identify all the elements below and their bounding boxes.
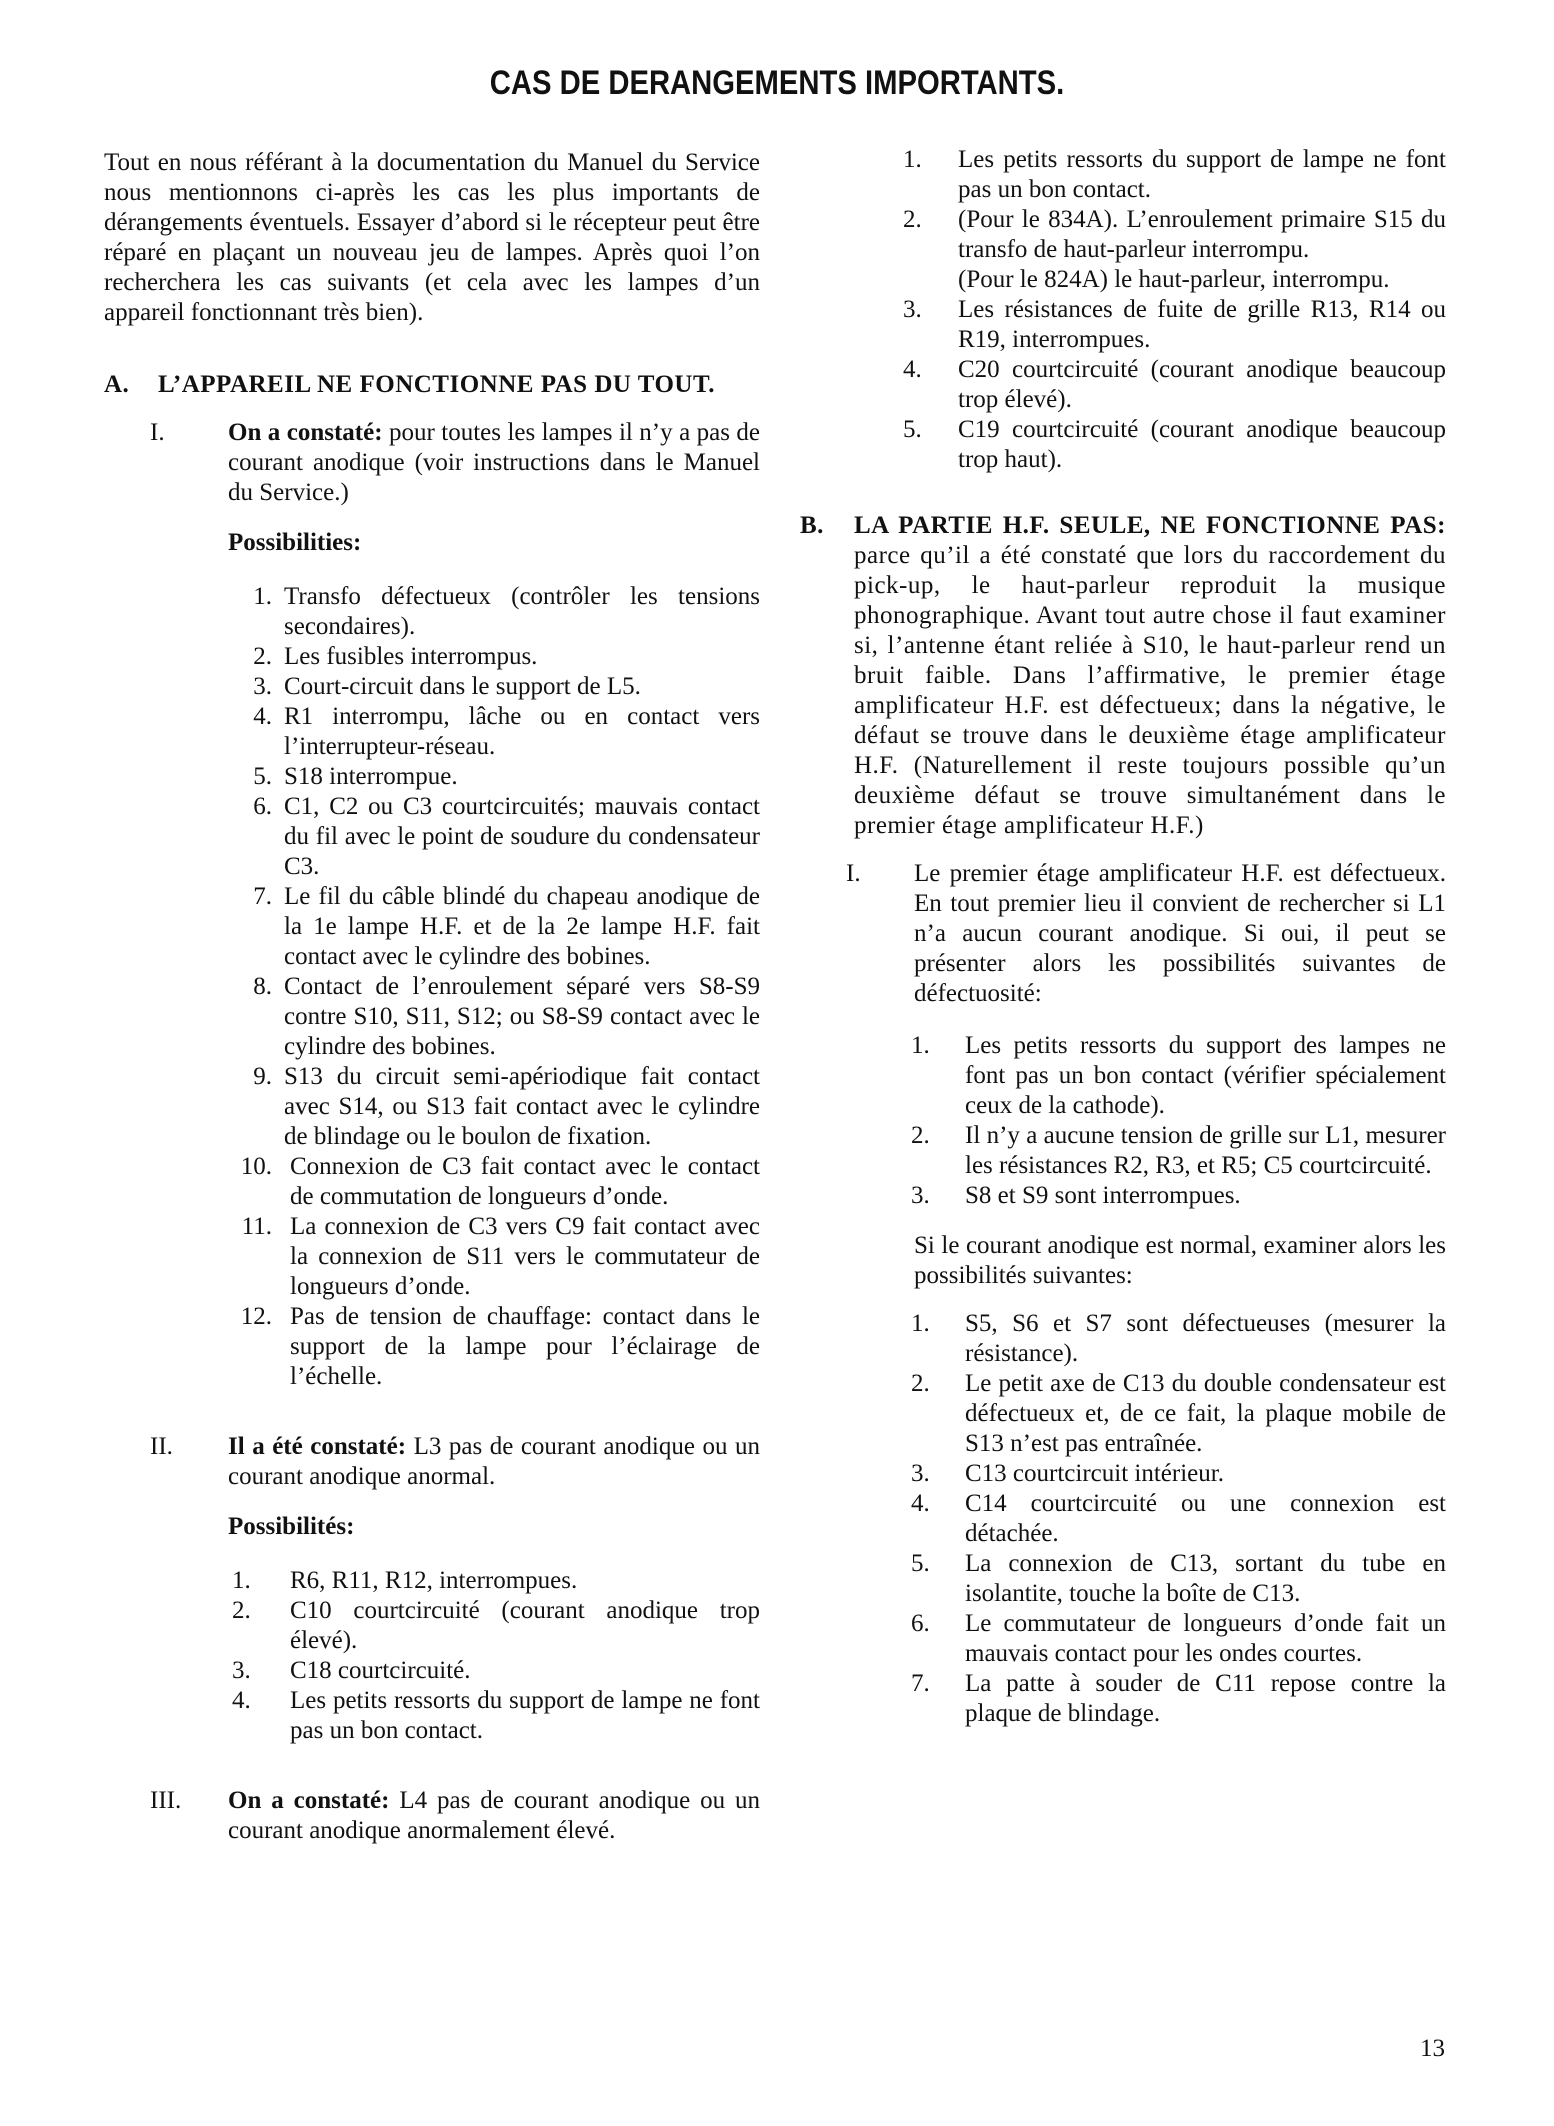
case-lead: Il a été constaté:	[228, 1433, 406, 1460]
case-a-3: III. On a constaté: L4 pas de courant an…	[104, 1786, 760, 1846]
list-item: 3.Les résistances de fuite de grille R13…	[800, 295, 1446, 355]
list-item: 1.S5, S6 et S7 sont défectueuses (mesure…	[800, 1309, 1446, 1369]
section-b-text: parce qu’il a été constaté que lors du r…	[854, 542, 1446, 839]
right-column: 1.Les petits ressorts du support de lamp…	[800, 145, 1446, 1729]
list-item: 2.Le petit axe de C13 du double condensa…	[800, 1369, 1446, 1459]
case-numeral: I.	[150, 418, 165, 448]
list-item: 2.Les fusibles interrompus.	[104, 642, 760, 672]
case-a-2-list: 1.R6, R11, R12, interrompues. 2.C10 cour…	[104, 1566, 760, 1746]
list-item: 2.Il n’y a aucune tension de grille sur …	[800, 1121, 1446, 1181]
case-numeral: III.	[150, 1786, 181, 1816]
intro-paragraph: Tout en nous référant à la documentation…	[104, 148, 760, 328]
normal-current-intro: Si le courant anodique est normal, exami…	[800, 1231, 1446, 1291]
case-b-1-normal-list: 1.S5, S6 et S7 sont défectueuses (mesure…	[800, 1309, 1446, 1729]
list-item: 5.C19 courtcircuité (courant anodique be…	[800, 415, 1446, 475]
case-lead: On a constaté:	[228, 1787, 389, 1814]
case-b-1-list: 1.Les petits ressorts du support des lam…	[800, 1031, 1446, 1211]
list-item: 9.S13 du circuit semi-apériodique fait c…	[104, 1062, 760, 1152]
list-item: 4.Les petits ressorts du support de lamp…	[104, 1686, 760, 1746]
list-item: 3.S8 et S9 sont interrompues.	[800, 1181, 1446, 1211]
list-item: 4.R1 interrompu, lâche ou en contact ver…	[104, 702, 760, 762]
case-a-1: I. On a constaté: pour toutes les lampes…	[104, 418, 760, 508]
case-text: Le premier étage amplificateur H.F. est …	[914, 859, 1446, 1009]
list-item: 11.La connexion de C3 vers C9 fait conta…	[104, 1212, 760, 1302]
list-item: 12.Pas de tension de chauffage: contact …	[104, 1302, 760, 1392]
left-column: Tout en nous référant à la documentation…	[104, 148, 760, 1846]
list-item: 4.C14 courtcircuité ou une connexion est…	[800, 1489, 1446, 1549]
case-a-2: II. Il a été constaté: L3 pas de courant…	[104, 1432, 760, 1492]
page-number: 13	[1420, 2035, 1445, 2063]
case-numeral: II.	[150, 1432, 173, 1462]
page-title: CAS DE DERANGEMENTS IMPORTANTS.	[109, 64, 1445, 103]
list-item: 4.C20 courtcircuité (courant anodique be…	[800, 355, 1446, 415]
list-item: 2.C10 courtcircuité (courant anodique tr…	[104, 1596, 760, 1656]
list-item: 3.C13 courtcircuit intérieur.	[800, 1459, 1446, 1489]
list-item: 6.Le commutateur de longueurs d’onde fai…	[800, 1609, 1446, 1669]
section-b-heading: B. LA PARTIE H.F. SEULE, NE FONCTIONNE P…	[800, 511, 1446, 841]
list-item: 6.C1, C2 ou C3 courtcircuités; mauvais c…	[104, 792, 760, 882]
section-heading-text: LA PARTIE H.F. SEULE, NE FONCTIONNE PAS:	[854, 512, 1446, 539]
list-item: 1.R6, R11, R12, interrompues.	[104, 1566, 760, 1596]
list-item: 1.Les petits ressorts du support des lam…	[800, 1031, 1446, 1121]
list-item: 7.Le fil du câble blindé du chapeau anod…	[104, 882, 760, 972]
list-item: 10.Connexion de C3 fait contact avec le …	[104, 1152, 760, 1212]
possibilities-label: Possibilities:	[104, 528, 760, 558]
list-item: 3.C18 courtcircuité.	[104, 1656, 760, 1686]
section-a-heading: A. L’APPAREIL NE FONCTIONNE PAS DU TOUT.	[104, 370, 760, 400]
list-item: 1.Les petits ressorts du support de lamp…	[800, 145, 1446, 205]
case-lead: On a constaté:	[228, 419, 383, 446]
list-item: 5.S18 interrompue.	[104, 762, 760, 792]
list-item: 7.La patte à souder de C11 repose contre…	[800, 1669, 1446, 1729]
list-item: 2.(Pour le 834A). L’enroulement primaire…	[800, 205, 1446, 295]
section-heading-text: L’APPAREIL NE FONCTIONNE PAS DU TOUT.	[158, 371, 715, 398]
section-letter: B.	[800, 511, 824, 541]
possibilities-label: Possibilités:	[104, 1512, 760, 1542]
case-numeral: I.	[846, 859, 861, 889]
list-item: 8.Contact de l’enroulement séparé vers S…	[104, 972, 760, 1062]
list-item: 1.Transfo défectueux (contrôler les tens…	[104, 582, 760, 642]
case-a-1-list: 1.Transfo défectueux (contrôler les tens…	[104, 582, 760, 1392]
list-item: 3.Court-circuit dans le support de L5.	[104, 672, 760, 702]
document-page: CAS DE DERANGEMENTS IMPORTANTS. Tout en …	[0, 0, 1554, 2126]
section-letter: A.	[104, 370, 129, 400]
list-item: 5.La connexion de C13, sortant du tube e…	[800, 1549, 1446, 1609]
case-a-3-list: 1.Les petits ressorts du support de lamp…	[800, 145, 1446, 475]
case-b-1: I. Le premier étage amplificateur H.F. e…	[800, 859, 1446, 1009]
